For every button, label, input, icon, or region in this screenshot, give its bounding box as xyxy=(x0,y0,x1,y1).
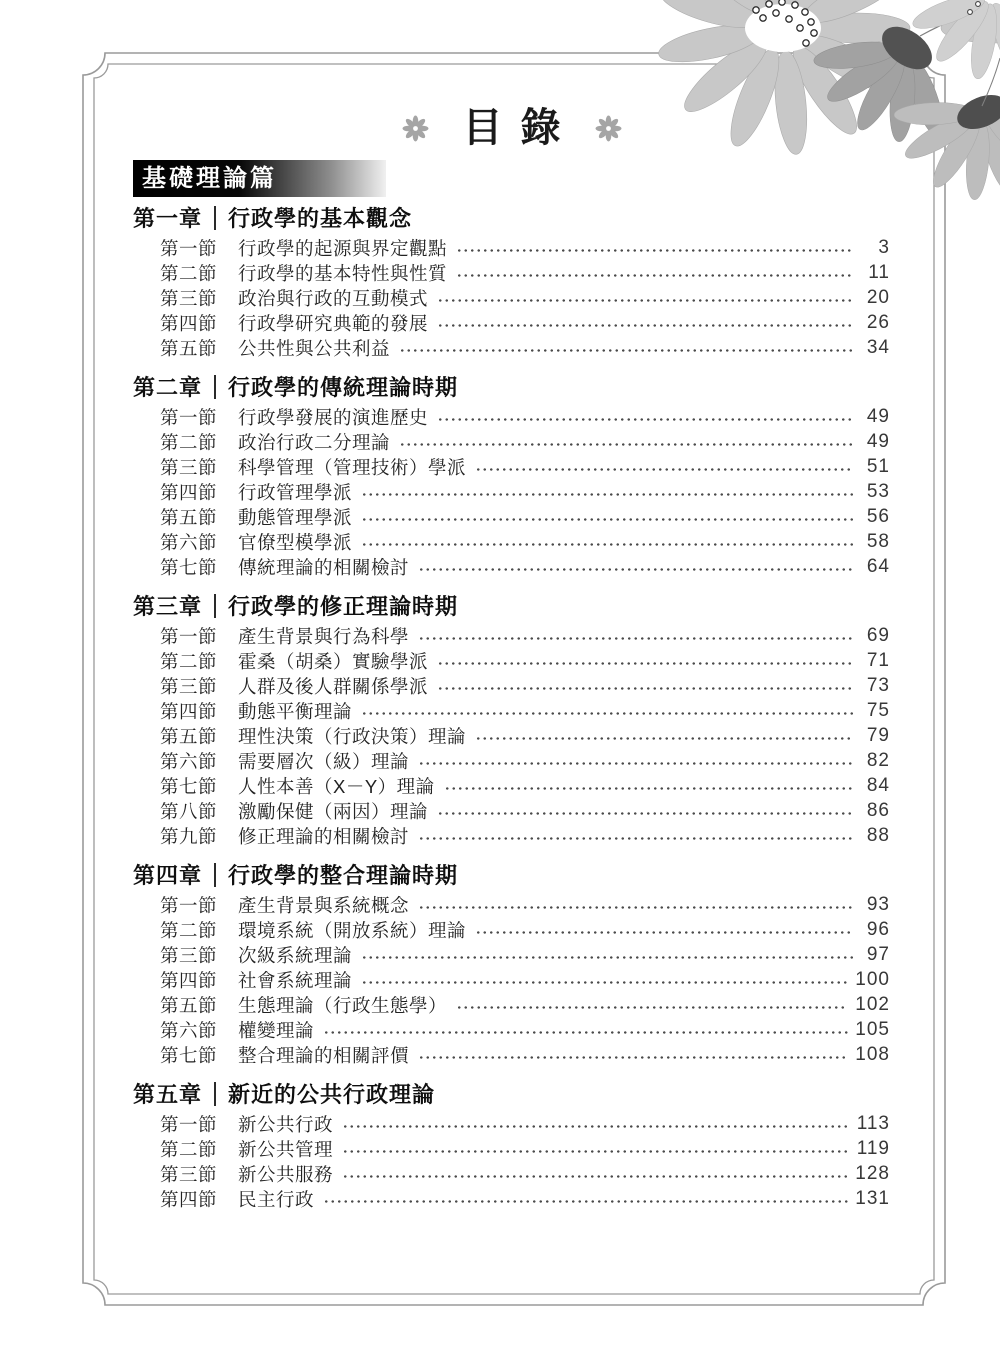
section-title: 科學管理（管理技術）學派 xyxy=(238,454,466,480)
chapter-sections: 第一節 產生背景與行為科學 69 第二節 霍桑（胡桑）實驗學派 71 第三節 人… xyxy=(133,623,890,848)
toc-entry: 第三節 新公共服務 128 xyxy=(133,1161,890,1186)
section-label: 第二節 xyxy=(160,429,218,455)
chapter-number: 第一章 xyxy=(133,202,202,233)
section-label: 第四節 xyxy=(160,479,218,505)
section-label: 第二節 xyxy=(160,1136,218,1162)
section-title: 環境系統（開放系統）理論 xyxy=(238,917,466,943)
section-title: 產生背景與系統概念 xyxy=(238,892,409,918)
dot-leader xyxy=(437,324,853,327)
toc-entry: 第四節 行政學研究典範的發展 26 xyxy=(133,310,890,335)
chapter-sections: 第一節 行政學發展的演進歷史 49 第二節 政治行政二分理論 49 第三節 科學… xyxy=(133,404,890,579)
part-header: 基礎理論篇 xyxy=(133,160,386,197)
section-label: 第一節 xyxy=(160,623,218,649)
section-title: 新公共行政 xyxy=(238,1111,333,1137)
section-page-number: 73 xyxy=(860,675,890,697)
toc-entry: 第三節 次級系統理論 97 xyxy=(133,942,890,967)
section-label: 第五節 xyxy=(160,335,218,361)
section-page-number: 79 xyxy=(860,725,890,747)
dot-leader xyxy=(361,981,848,984)
section-title: 行政學的基本特性與性質 xyxy=(238,260,447,286)
section-label: 第一節 xyxy=(160,404,218,430)
toc-entry: 第七節 傳統理論的相關檢討 64 xyxy=(133,554,890,579)
toc-entry: 第六節 官僚型模學派 58 xyxy=(133,529,890,554)
section-label: 第二節 xyxy=(160,917,218,943)
dot-leader xyxy=(456,249,853,252)
section-label: 第七節 xyxy=(160,1042,218,1068)
toc-entry: 第一節 新公共行政 113 xyxy=(133,1111,890,1136)
section-label: 第七節 xyxy=(160,554,218,580)
toc-entry: 第四節 社會系統理論 100 xyxy=(133,967,890,992)
dot-leader xyxy=(418,568,853,571)
chapter-divider xyxy=(214,206,216,230)
dot-leader xyxy=(361,543,853,546)
section-label: 第二節 xyxy=(160,648,218,674)
section-page-number: 56 xyxy=(860,506,890,528)
dot-leader xyxy=(361,712,853,715)
section-page-number: 53 xyxy=(860,481,890,503)
section-title: 行政學發展的演進歷史 xyxy=(238,404,428,430)
section-page-number: 3 xyxy=(860,237,890,259)
section-page-number: 88 xyxy=(860,825,890,847)
toc-entry: 第一節 產生背景與系統概念 93 xyxy=(133,892,890,917)
section-title: 政治行政二分理論 xyxy=(238,429,390,455)
chapter-number: 第四章 xyxy=(133,859,202,890)
section-label: 第五節 xyxy=(160,504,218,530)
toc-entry: 第二節 行政學的基本特性與性質 11 xyxy=(133,260,890,285)
section-title: 人群及後人群關係學派 xyxy=(238,673,428,699)
dot-leader xyxy=(437,812,853,815)
dot-leader xyxy=(437,299,853,302)
chapter-title: 行政學的修正理論時期 xyxy=(228,590,458,621)
dot-leader xyxy=(361,956,853,959)
section-title: 動態平衡理論 xyxy=(238,698,352,724)
section-title: 理性決策（行政決策）理論 xyxy=(238,723,466,749)
toc-entry: 第七節 整合理論的相關評價 108 xyxy=(133,1042,890,1067)
chapter-title: 行政學的傳統理論時期 xyxy=(228,371,458,402)
dot-leader xyxy=(342,1125,850,1128)
section-page-number: 100 xyxy=(855,969,890,991)
section-label: 第九節 xyxy=(160,823,218,849)
dot-leader xyxy=(399,349,853,352)
section-title: 動態管理學派 xyxy=(238,504,352,530)
dot-leader xyxy=(437,687,853,690)
chapter-divider xyxy=(214,1082,216,1106)
dot-leader xyxy=(475,737,853,740)
section-title: 整合理論的相關評價 xyxy=(238,1042,409,1068)
section-label: 第四節 xyxy=(160,967,218,993)
section-title: 民主行政 xyxy=(238,1186,314,1212)
section-title: 次級系統理論 xyxy=(238,942,352,968)
section-label: 第三節 xyxy=(160,942,218,968)
section-page-number: 34 xyxy=(860,337,890,359)
toc-entry: 第六節 權變理論 105 xyxy=(133,1017,890,1042)
section-title: 行政學研究典範的發展 xyxy=(238,310,428,336)
toc-entry: 第六節 需要層次（級）理論 82 xyxy=(133,748,890,773)
section-label: 第七節 xyxy=(160,773,218,799)
chapter-sections: 第一節 新公共行政 113 第二節 新公共管理 119 第三節 新公共服務 12… xyxy=(133,1111,890,1211)
dot-leader xyxy=(323,1031,848,1034)
toc-entry: 第三節 人群及後人群關係學派 73 xyxy=(133,673,890,698)
section-title: 傳統理論的相關檢討 xyxy=(238,554,409,580)
chapter-heading: 第五章 新近的公共行政理論 xyxy=(133,1080,890,1107)
section-title: 需要層次（級）理論 xyxy=(238,748,409,774)
dot-leader xyxy=(418,1056,848,1059)
section-page-number: 51 xyxy=(860,456,890,478)
toc-entry: 第二節 新公共管理 119 xyxy=(133,1136,890,1161)
florette-icon xyxy=(402,115,429,142)
section-label: 第八節 xyxy=(160,798,218,824)
section-title: 行政管理學派 xyxy=(238,479,352,505)
section-label: 第五節 xyxy=(160,723,218,749)
section-page-number: 58 xyxy=(860,531,890,553)
section-label: 第三節 xyxy=(160,673,218,699)
section-page-number: 102 xyxy=(855,994,890,1016)
section-label: 第六節 xyxy=(160,1017,218,1043)
section-page-number: 26 xyxy=(860,312,890,334)
section-title: 官僚型模學派 xyxy=(238,529,352,555)
section-page-number: 131 xyxy=(855,1188,890,1210)
toc-entry: 第二節 政治行政二分理論 49 xyxy=(133,429,890,454)
chapter-sections: 第一節 行政學的起源與界定觀點 3 第二節 行政學的基本特性與性質 11 第三節… xyxy=(133,235,890,360)
toc-page: 目錄 基礎理論篇 第一章 行政學的基本觀念 第一節 xyxy=(0,0,1000,1353)
dot-leader xyxy=(456,274,853,277)
section-title: 霍桑（胡桑）實驗學派 xyxy=(238,648,428,674)
chapter-number: 第五章 xyxy=(133,1078,202,1109)
dot-leader xyxy=(399,443,853,446)
dot-leader xyxy=(342,1150,850,1153)
section-page-number: 84 xyxy=(860,775,890,797)
section-label: 第三節 xyxy=(160,1161,218,1187)
section-label: 第四節 xyxy=(160,310,218,336)
toc-entry: 第四節 行政管理學派 53 xyxy=(133,479,890,504)
section-title: 修正理論的相關檢討 xyxy=(238,823,409,849)
section-page-number: 128 xyxy=(855,1163,890,1185)
toc-entry: 第五節 理性決策（行政決策）理論 79 xyxy=(133,723,890,748)
toc-entry: 第四節 民主行政 131 xyxy=(133,1186,890,1211)
toc-entry: 第二節 霍桑（胡桑）實驗學派 71 xyxy=(133,648,890,673)
dot-leader xyxy=(437,418,853,421)
toc-entry: 第一節 行政學發展的演進歷史 49 xyxy=(133,404,890,429)
toc-entry: 第三節 科學管理（管理技術）學派 51 xyxy=(133,454,890,479)
dot-leader xyxy=(418,906,853,909)
section-label: 第一節 xyxy=(160,892,218,918)
section-label: 第三節 xyxy=(160,285,218,311)
section-page-number: 113 xyxy=(857,1113,890,1135)
section-title: 產生背景與行為科學 xyxy=(238,623,409,649)
chapter-title: 行政學的整合理論時期 xyxy=(228,859,458,890)
section-title: 人性本善（X－Y）理論 xyxy=(238,773,435,799)
toc-entry: 第五節 生態理論（行政生態學） 102 xyxy=(133,992,890,1017)
section-label: 第一節 xyxy=(160,235,218,261)
chapter-heading: 第二章 行政學的傳統理論時期 xyxy=(133,373,890,400)
dot-leader xyxy=(475,468,853,471)
section-title: 政治與行政的互動模式 xyxy=(238,285,428,311)
section-page-number: 105 xyxy=(855,1019,890,1041)
dot-leader xyxy=(342,1175,848,1178)
toc-entry: 第四節 動態平衡理論 75 xyxy=(133,698,890,723)
section-label: 第六節 xyxy=(160,748,218,774)
chapter-block: 第四章 行政學的整合理論時期 第一節 產生背景與系統概念 93 第二節 環境系統… xyxy=(133,861,890,1067)
chapter-divider xyxy=(214,594,216,618)
chapter-block: 第二章 行政學的傳統理論時期 第一節 行政學發展的演進歷史 49 第二節 政治行… xyxy=(133,373,890,579)
dot-leader xyxy=(418,762,853,765)
chapter-number: 第三章 xyxy=(133,590,202,621)
section-label: 第五節 xyxy=(160,992,218,1018)
section-page-number: 93 xyxy=(860,894,890,916)
section-title: 權變理論 xyxy=(238,1017,314,1043)
chapter-number: 第二章 xyxy=(133,371,202,402)
section-title: 社會系統理論 xyxy=(238,967,352,993)
dot-leader xyxy=(444,787,853,790)
section-page-number: 82 xyxy=(860,750,890,772)
toc-entry: 第二節 環境系統（開放系統）理論 96 xyxy=(133,917,890,942)
chapter-block: 第三章 行政學的修正理論時期 第一節 產生背景與行為科學 69 第二節 霍桑（胡… xyxy=(133,592,890,848)
chapter-sections: 第一節 產生背景與系統概念 93 第二節 環境系統（開放系統）理論 96 第三節… xyxy=(133,892,890,1067)
chapter-block: 第五章 新近的公共行政理論 第一節 新公共行政 113 第二節 新公共管理 11… xyxy=(133,1080,890,1211)
section-title: 公共性與公共利益 xyxy=(238,335,390,361)
chapter-divider xyxy=(214,375,216,399)
dot-leader xyxy=(361,518,853,521)
section-label: 第四節 xyxy=(160,698,218,724)
section-page-number: 49 xyxy=(860,406,890,428)
toc-entry: 第一節 產生背景與行為科學 69 xyxy=(133,623,890,648)
toc-entry: 第五節 公共性與公共利益 34 xyxy=(133,335,890,360)
dot-leader xyxy=(418,637,853,640)
section-page-number: 64 xyxy=(860,556,890,578)
section-title: 新公共服務 xyxy=(238,1161,333,1187)
chapter-heading: 第四章 行政學的整合理論時期 xyxy=(133,861,890,888)
section-page-number: 20 xyxy=(860,287,890,309)
toc-entry: 第五節 動態管理學派 56 xyxy=(133,504,890,529)
chapter-title: 新近的公共行政理論 xyxy=(228,1078,435,1109)
section-title: 激勵保健（兩因）理論 xyxy=(238,798,428,824)
section-title: 生態理論（行政生態學） xyxy=(238,992,447,1018)
page-title: 目錄 xyxy=(463,100,579,156)
toc-list: 第一章 行政學的基本觀念 第一節 行政學的起源與界定觀點 3 第二節 行政學的基… xyxy=(133,204,890,1211)
toc-entry: 第八節 激勵保健（兩因）理論 86 xyxy=(133,798,890,823)
chapter-divider xyxy=(214,863,216,887)
toc-entry: 第一節 行政學的起源與界定觀點 3 xyxy=(133,235,890,260)
section-page-number: 69 xyxy=(860,625,890,647)
section-page-number: 71 xyxy=(860,650,890,672)
section-page-number: 75 xyxy=(860,700,890,722)
part-header-label: 基礎理論篇 xyxy=(133,160,277,197)
section-page-number: 119 xyxy=(857,1138,890,1160)
section-page-number: 11 xyxy=(860,262,890,284)
corner-flowers-decoration xyxy=(648,0,1000,232)
section-page-number: 97 xyxy=(860,944,890,966)
section-page-number: 108 xyxy=(855,1044,890,1066)
dot-leader xyxy=(361,493,853,496)
section-page-number: 86 xyxy=(860,800,890,822)
section-label: 第一節 xyxy=(160,1111,218,1137)
section-label: 第四節 xyxy=(160,1186,218,1212)
section-label: 第六節 xyxy=(160,529,218,555)
toc-entry: 第三節 政治與行政的互動模式 20 xyxy=(133,285,890,310)
section-label: 第二節 xyxy=(160,260,218,286)
chapter-title: 行政學的基本觀念 xyxy=(228,202,412,233)
section-page-number: 49 xyxy=(860,431,890,453)
section-page-number: 96 xyxy=(860,919,890,941)
dot-leader xyxy=(418,837,853,840)
toc-entry: 第七節 人性本善（X－Y）理論 84 xyxy=(133,773,890,798)
florette-icon xyxy=(595,115,622,142)
section-label: 第三節 xyxy=(160,454,218,480)
section-title: 新公共管理 xyxy=(238,1136,333,1162)
dot-leader xyxy=(456,1006,848,1009)
dot-leader xyxy=(323,1200,848,1203)
section-title: 行政學的起源與界定觀點 xyxy=(238,235,447,261)
toc-entry: 第九節 修正理論的相關檢討 88 xyxy=(133,823,890,848)
chapter-heading: 第三章 行政學的修正理論時期 xyxy=(133,592,890,619)
dot-leader xyxy=(437,662,853,665)
dot-leader xyxy=(475,931,853,934)
